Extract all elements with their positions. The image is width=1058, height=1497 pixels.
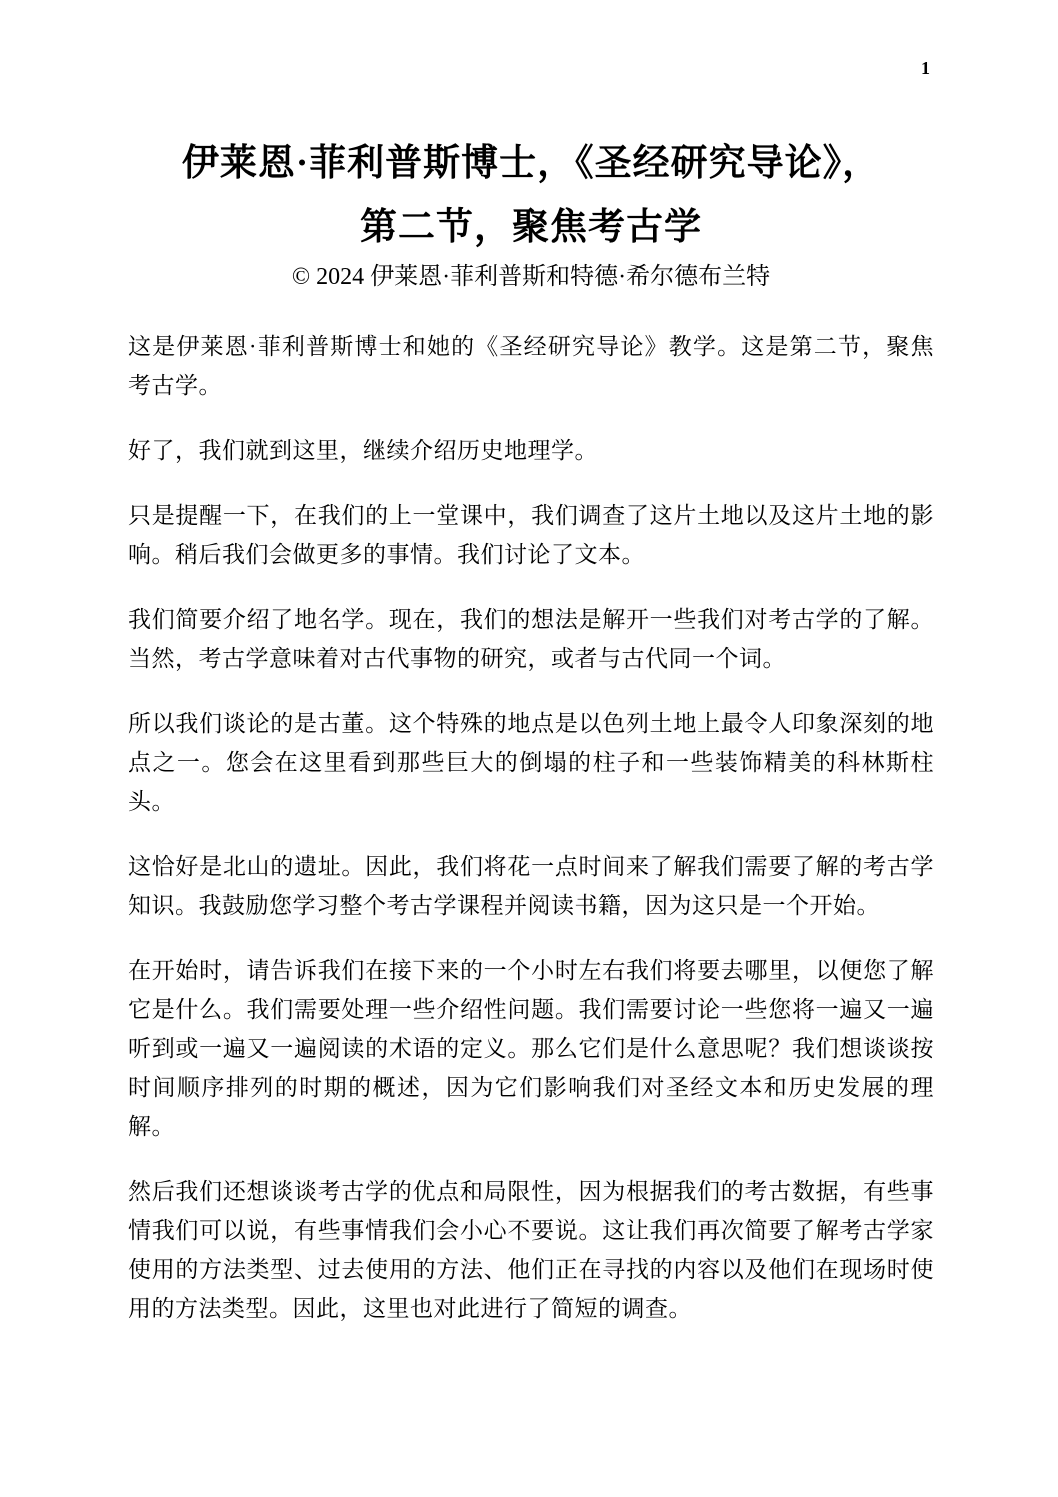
- copyright-line: © 2024 伊莱恩·菲利普斯和特德·希尔德布兰特: [128, 260, 934, 294]
- document-page: 1 伊莱恩·菲利普斯博士，《圣经研究导论》， 第二节，聚焦考古学 © 2024 …: [0, 0, 1058, 1497]
- paragraph-7: 在开始时，请告诉我们在接下来的一个小时左右我们将要去哪里，以便您了解它是什么。我…: [128, 951, 934, 1146]
- paragraph-4: 我们简要介绍了地名学。现在，我们的想法是解开一些我们对考古学的了解。当然，考古学…: [128, 600, 934, 678]
- document-title-line-2: 第二节，聚焦考古学: [128, 196, 934, 260]
- paragraph-1: 这是伊莱恩·菲利普斯博士和她的《圣经研究导论》教学。这是第二节，聚焦考古学。: [128, 327, 934, 405]
- paragraph-5: 所以我们谈论的是古董。这个特殊的地点是以色列土地上最令人印象深刻的地点之一。您会…: [128, 704, 934, 821]
- paragraph-8: 然后我们还想谈谈考古学的优点和局限性，因为根据我们的考古数据，有些事情我们可以说…: [128, 1172, 934, 1328]
- document-title: 伊莱恩·菲利普斯博士，《圣经研究导论》， 第二节，聚焦考古学: [128, 132, 934, 260]
- document-content: 伊莱恩·菲利普斯博士，《圣经研究导论》， 第二节，聚焦考古学 © 2024 伊莱…: [128, 0, 934, 1354]
- paragraph-6: 这恰好是北山的遗址。因此，我们将花一点时间来了解我们需要了解的考古学知识。我鼓励…: [128, 847, 934, 925]
- document-body: 这是伊莱恩·菲利普斯博士和她的《圣经研究导论》教学。这是第二节，聚焦考古学。 好…: [128, 327, 934, 1328]
- document-title-line-1: 伊莱恩·菲利普斯博士，《圣经研究导论》，: [128, 132, 934, 196]
- paragraph-2: 好了，我们就到这里，继续介绍历史地理学。: [128, 431, 934, 470]
- paragraph-3: 只是提醒一下，在我们的上一堂课中，我们调查了这片土地以及这片土地的影响。稍后我们…: [128, 496, 934, 574]
